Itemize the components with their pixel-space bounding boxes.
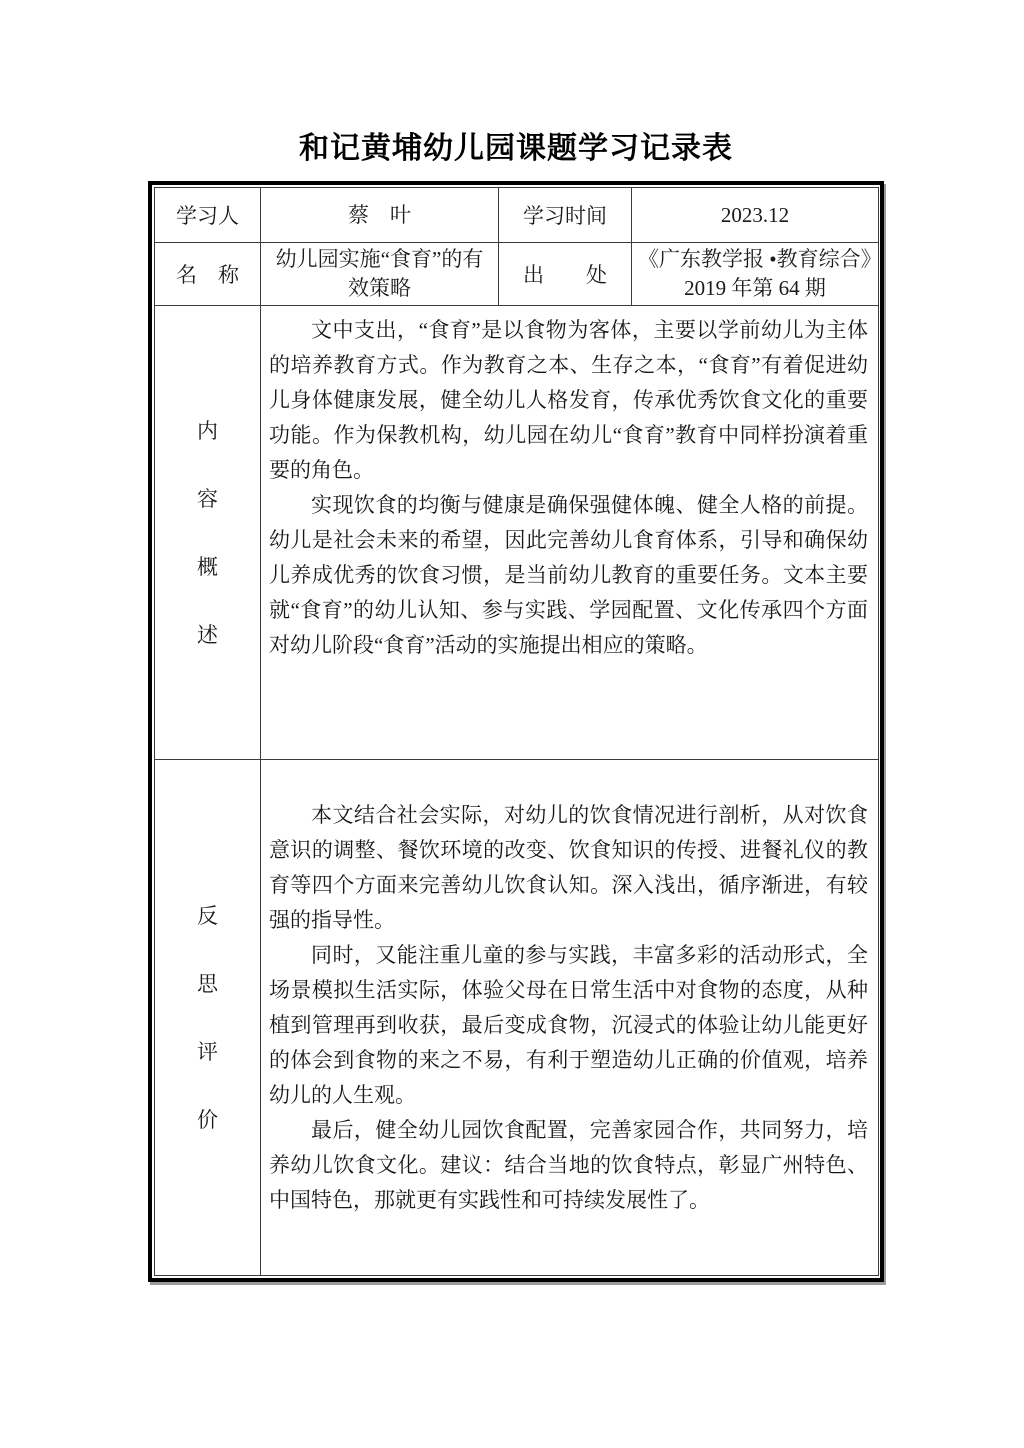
page-title: 和记黄埔幼儿园课题学习记录表 xyxy=(148,130,884,168)
record-table-frame: 学习人 蔡 叶 学习时间 2023.12 名 称 幼儿园实施“食育”的有效策略 … xyxy=(148,181,884,1282)
record-table: 学习人 蔡 叶 学习时间 2023.12 名 称 幼儿园实施“食育”的有效策略 … xyxy=(154,187,879,1276)
summary-paragraph-2: 实现饮食的均衡与健康是确保强健体魄、健全人格的前提。幼儿是社会未来的希望，因此完… xyxy=(269,488,868,663)
reflection-paragraph-1: 本文结合社会实际，对幼儿的饮食情况进行剖析，从对饮食意识的调整、餐饮环境的改变、… xyxy=(269,798,868,938)
name-label-cell: 名 称 xyxy=(155,243,261,306)
document-content: 和记黄埔幼儿园课题学习记录表 学习人 蔡 叶 学习时间 2023.12 名 称 … xyxy=(148,130,884,1282)
summary-content-cell: 文中支出，“食育”是以食物为客体，主要以学前幼儿为主体的培养教育方式。作为教育之… xyxy=(261,306,879,760)
learner-label-cell: 学习人 xyxy=(155,188,261,243)
reflection-paragraph-2: 同时，又能注重儿童的参与实践，丰富多彩的活动形式，全场景模拟生活实际，体验父母在… xyxy=(269,938,868,1113)
summary-label: 内容概述 xyxy=(196,397,219,669)
source-label-cell: 出 处 xyxy=(499,243,632,306)
reflection-paragraph-3: 最后，健全幼儿园饮食配置，完善家园合作，共同努力，培养幼儿饮食文化。建议：结合当… xyxy=(269,1113,868,1218)
study-time-value-cell: 2023.12 xyxy=(632,188,879,243)
reflection-label-cell: 反思评价 xyxy=(155,760,261,1276)
reflection-content-cell: 本文结合社会实际，对幼儿的饮食情况进行剖析，从对饮食意识的调整、餐饮环境的改变、… xyxy=(261,760,879,1276)
source-value-cell: 《广东教学报 •教育综合》 2019 年第 64 期 xyxy=(632,243,879,306)
table-row: 反思评价 本文结合社会实际，对幼儿的饮食情况进行剖析，从对饮食意识的调整、餐饮环… xyxy=(155,760,879,1276)
document-page: { "document": { "title": "和记黄埔幼儿园课题学习记录表… xyxy=(0,0,1024,1448)
table-row: 学习人 蔡 叶 学习时间 2023.12 xyxy=(155,188,879,243)
reflection-label: 反思评价 xyxy=(196,882,219,1154)
table-row: 名 称 幼儿园实施“食育”的有效策略 出 处 《广东教学报 •教育综合》 201… xyxy=(155,243,879,306)
source-line-1: 《广东教学报 •教育综合》 xyxy=(638,245,872,274)
learner-name-cell: 蔡 叶 xyxy=(261,188,499,243)
table-row: 内容概述 文中支出，“食育”是以食物为客体，主要以学前幼儿为主体的培养教育方式。… xyxy=(155,306,879,760)
summary-label-cell: 内容概述 xyxy=(155,306,261,760)
study-time-label-cell: 学习时间 xyxy=(499,188,632,243)
summary-paragraph-1: 文中支出，“食育”是以食物为客体，主要以学前幼儿为主体的培养教育方式。作为教育之… xyxy=(269,313,868,488)
name-value-cell: 幼儿园实施“食育”的有效策略 xyxy=(261,243,499,306)
source-line-2: 2019 年第 64 期 xyxy=(638,274,872,303)
